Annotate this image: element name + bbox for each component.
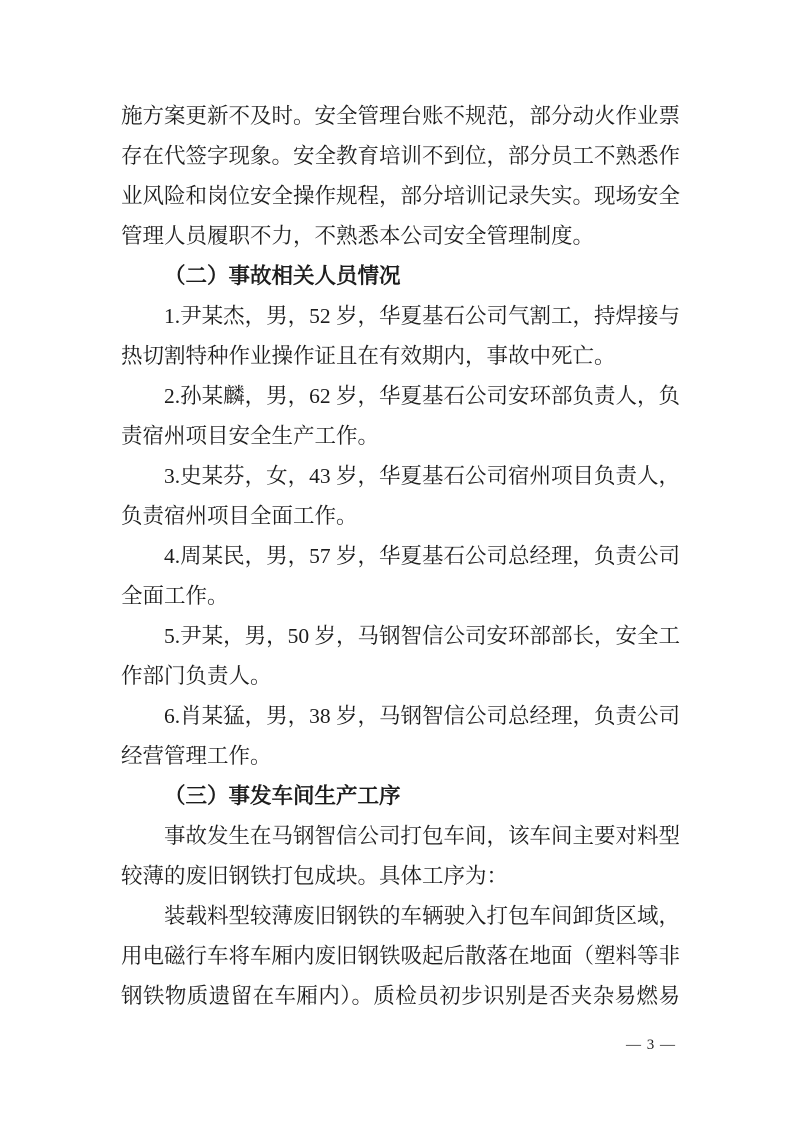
section-heading: （二）事故相关人员情况 bbox=[121, 256, 680, 296]
document-line: 经营管理工作。 bbox=[121, 736, 680, 776]
document-line: 业风险和岗位安全操作规程，部分培训记录失实。现场安全 bbox=[121, 176, 680, 216]
document-body: 施方案更新不及时。安全管理台账不规范，部分动火作业票存在代签字现象。安全教育培训… bbox=[121, 96, 680, 1016]
page-number-label: — 3 — bbox=[626, 1037, 676, 1054]
document-line: 责宿州项目安全生产工作。 bbox=[121, 416, 680, 456]
document-line: 6.肖某猛，男，38 岁，马钢智信公司总经理，负责公司 bbox=[121, 696, 680, 736]
document-line: 管理人员履职不力，不熟悉本公司安全管理制度。 bbox=[121, 216, 680, 256]
document-line: 较薄的废旧钢铁打包成块。具体工序为： bbox=[121, 856, 680, 896]
document-line: 钢铁物质遗留在车厢内）。质检员初步识别是否夹杂易燃易 bbox=[121, 976, 680, 1016]
section-heading: （三）事发车间生产工序 bbox=[121, 776, 680, 816]
document-line: 存在代签字现象。安全教育培训不到位，部分员工不熟悉作 bbox=[121, 136, 680, 176]
document-line: 全面工作。 bbox=[121, 576, 680, 616]
document-line: 3.史某芬，女，43 岁，华夏基石公司宿州项目负责人， bbox=[121, 456, 680, 496]
document-page: 施方案更新不及时。安全管理台账不规范，部分动火作业票存在代签字现象。安全教育培训… bbox=[0, 0, 793, 1122]
document-line: 负责宿州项目全面工作。 bbox=[121, 496, 680, 536]
document-line: 1.尹某杰，男，52 岁，华夏基石公司气割工，持焊接与 bbox=[121, 296, 680, 336]
document-line: 用电磁行车将车厢内废旧钢铁吸起后散落在地面（塑料等非 bbox=[121, 936, 680, 976]
document-line: 施方案更新不及时。安全管理台账不规范，部分动火作业票 bbox=[121, 96, 680, 136]
document-line: 装载料型较薄废旧钢铁的车辆驶入打包车间卸货区域， bbox=[121, 896, 680, 936]
document-line: 5.尹某，男，50 岁，马钢智信公司安环部部长，安全工 bbox=[121, 616, 680, 656]
document-line: 事故发生在马钢智信公司打包车间，该车间主要对料型 bbox=[121, 816, 680, 856]
document-line: 2.孙某麟，男，62 岁，华夏基石公司安环部负责人，负 bbox=[121, 376, 680, 416]
document-line: 作部门负责人。 bbox=[121, 656, 680, 696]
document-line: 4.周某民，男，57 岁，华夏基石公司总经理，负责公司 bbox=[121, 536, 680, 576]
document-line: 热切割特种作业操作证且在有效期内，事故中死亡。 bbox=[121, 336, 680, 376]
